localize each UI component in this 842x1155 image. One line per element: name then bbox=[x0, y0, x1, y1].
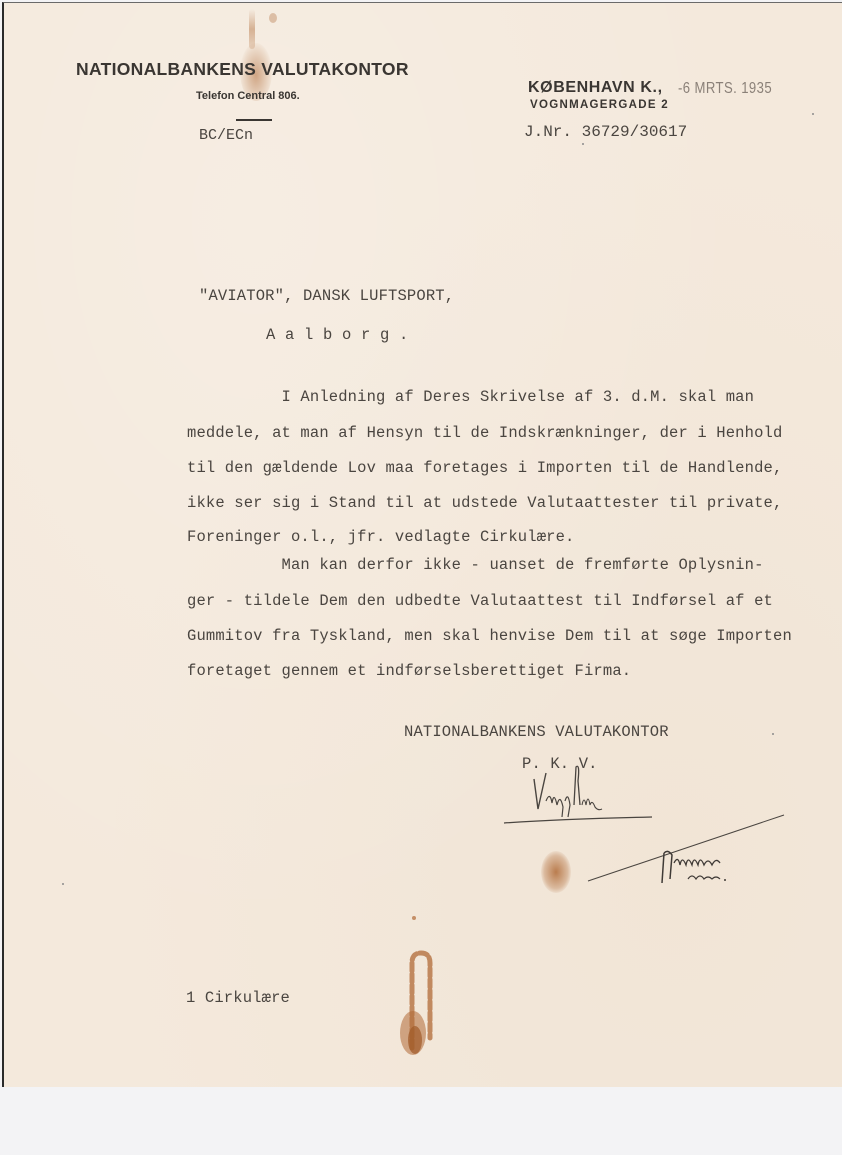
letterhead-divider bbox=[236, 119, 272, 121]
letterhead-title: NATIONALBANKENS VALUTAKONTOR bbox=[76, 59, 409, 80]
date-stamp: -6 MRTS. 1935 bbox=[678, 80, 772, 98]
rust-stain-middle bbox=[541, 851, 571, 893]
rust-drip-top bbox=[249, 9, 255, 49]
recipient-name: "AVIATOR", DANSK LUFTSPORT, bbox=[199, 287, 454, 305]
body-line: foretaget gennem et indførselsberettiget… bbox=[187, 662, 631, 680]
body-line: til den gældende Lov maa foretages i Imp… bbox=[187, 459, 782, 477]
letterhead-phone: Telefon Central 806. bbox=[196, 90, 300, 102]
paper-speck bbox=[582, 143, 584, 145]
body-line: I Anledning af Deres Skrivelse af 3. d.M… bbox=[187, 388, 754, 406]
body-line: ikke ser sig i Stand til at udstede Valu… bbox=[187, 494, 782, 512]
handwritten-signature-secondary bbox=[584, 793, 804, 893]
paper-speck bbox=[812, 113, 814, 115]
recipient-city: A a l b o r g . bbox=[266, 326, 409, 344]
journal-number: J.Nr. 36729/30617 bbox=[524, 123, 687, 141]
paper-sheet: NATIONALBANKENS VALUTAKONTOR Telefon Cen… bbox=[2, 2, 842, 1087]
scanned-letter: NATIONALBANKENS VALUTAKONTOR Telefon Cen… bbox=[0, 0, 842, 1155]
body-line: ger - tildele Dem den udbedte Valutaatte… bbox=[187, 592, 773, 610]
rust-speck-top bbox=[269, 13, 277, 23]
body-line: Gummitov fra Tyskland, men skal henvise … bbox=[187, 627, 792, 645]
body-line: Foreninger o.l., jfr. vedlagte Cirkulære… bbox=[187, 528, 575, 546]
closing-organization: NATIONALBANKENS VALUTAKONTOR bbox=[404, 723, 669, 741]
paper-speck bbox=[62, 883, 64, 885]
letterhead-street: VOGNMAGERGADE 2 bbox=[530, 99, 669, 111]
paper-speck bbox=[772, 733, 774, 735]
reference-initials: BC/ECn bbox=[199, 127, 253, 144]
body-line: meddele, at man af Hensyn til de Indskræ… bbox=[187, 424, 782, 442]
rust-paperclip-mark bbox=[399, 908, 449, 1068]
letterhead-city: KØBENHAVN K., bbox=[528, 79, 663, 97]
body-line: Man kan derfor ikke - uanset de fremført… bbox=[187, 556, 764, 574]
enclosure-note: 1 Cirkulære bbox=[186, 989, 290, 1007]
